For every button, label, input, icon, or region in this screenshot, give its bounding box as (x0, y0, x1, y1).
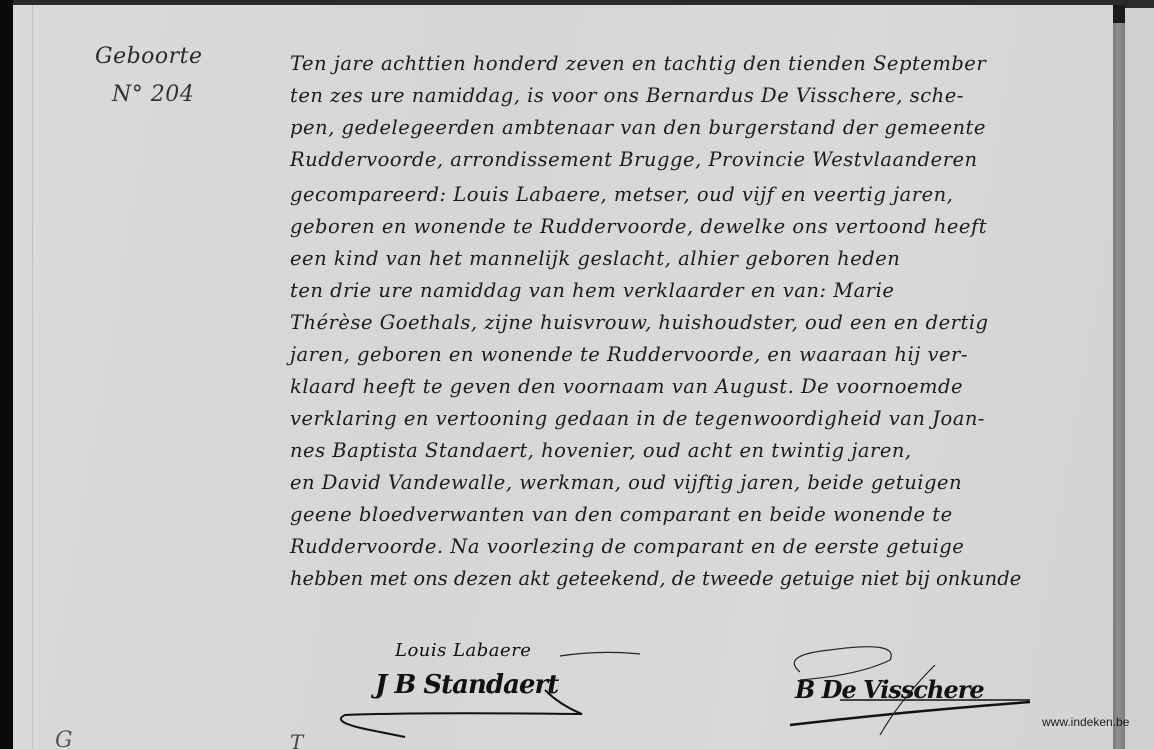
body-line: een kind van het mannelijk geslacht, alh… (290, 247, 900, 270)
signature-comparant: Louis Labaere (395, 640, 531, 661)
body-line: ten drie ure namiddag van hem verklaarde… (290, 279, 894, 302)
body-line: verklaring en vertooning gedaan in de te… (290, 407, 985, 430)
book-gutter-shadow (1113, 5, 1125, 23)
body-line: Ruddervoorde. Na voorlezing de comparant… (290, 535, 964, 558)
body-line: ten zes ure namiddag, is voor ons Bernar… (290, 84, 964, 107)
body-line: pen, gedelegeerden ambtenaar van den bur… (290, 116, 986, 139)
body-line: jaren, geboren en wonende te Ruddervoord… (290, 343, 968, 366)
record-number: N° 204 (112, 82, 194, 107)
body-line: nes Baptista Standaert, hovenier, oud ac… (290, 439, 912, 462)
margin-rule (32, 5, 33, 749)
body-line: klaard heeft te geven den voornaam van A… (290, 375, 963, 398)
body-line: gecompareerd: Louis Labaere, metser, oud… (290, 183, 953, 206)
adjacent-page-top-border (1125, 0, 1154, 8)
adjacent-page-edge (1125, 5, 1154, 749)
signature-official: B De Visschere (795, 675, 984, 704)
body-line: geboren en wonende te Ruddervoorde, dewe… (290, 215, 987, 238)
watermark: www.indeken.be (1042, 715, 1129, 729)
body-line: Ten jare achttien honderd zeven en tacht… (290, 52, 986, 75)
next-record-margin-partial: G (55, 728, 73, 749)
record-type-label: Geboorte (95, 44, 203, 69)
body-line: en David Vandewalle, werkman, oud vijfti… (290, 471, 962, 494)
body-line: hebben met ons dezen akt geteekend, de t… (290, 567, 1021, 590)
signature-witness: J B Standaert (375, 670, 558, 700)
scan-left-border (0, 0, 13, 749)
book-gutter (1113, 5, 1125, 749)
body-line: geene bloedverwanten van den comparant e… (290, 503, 953, 526)
next-record-body-partial: T (290, 730, 304, 749)
body-line: Thérèse Goethals, zijne huisvrouw, huish… (290, 311, 989, 334)
body-line: Ruddervoorde, arrondissement Brugge, Pro… (290, 148, 978, 171)
